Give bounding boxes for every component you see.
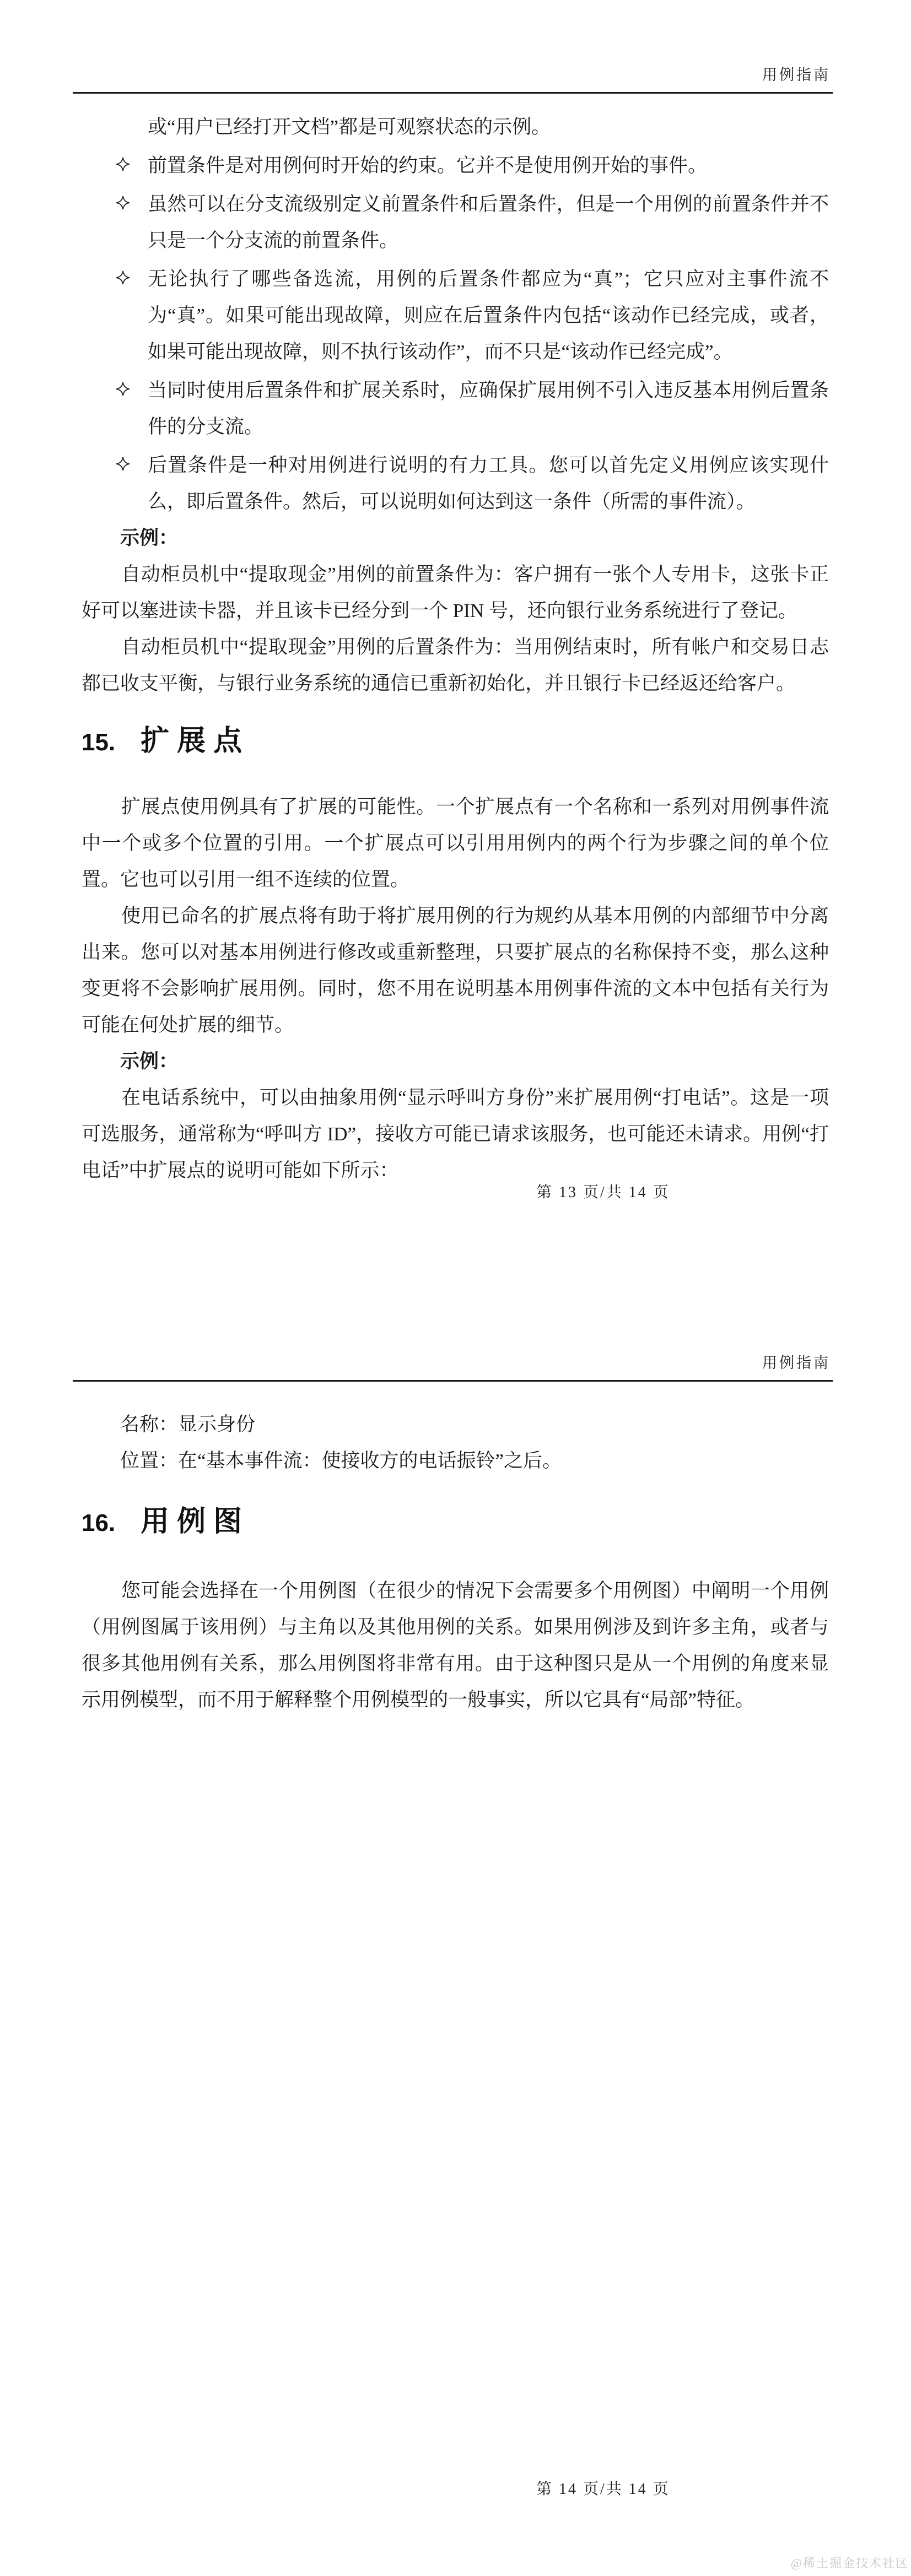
section-title: 扩展点 (141, 722, 250, 761)
four-pointed-star-bullet-icon (116, 270, 130, 288)
page14-footer-page-number: 第 14 页/共 14 页 (536, 2480, 670, 2499)
paragraph-continuation: 或“用户已经打开文档”都是可观察状态的示例。 (148, 109, 829, 145)
section-number: 15. (82, 723, 115, 762)
page14-content: 名称：显示身份 位置：在“基本事件流：使接收方的电话振铃”之后。 16. 用例图… (82, 1406, 829, 1718)
page14-header-rule (73, 1380, 833, 1382)
body-paragraph: 使用已命名的扩展点将有助于将扩展用例的行为规约从基本用例的内部细节中分离出来。您… (82, 898, 829, 1043)
four-pointed-star-bullet-icon (116, 457, 130, 474)
extension-point-position-line: 位置：在“基本事件流：使接收方的电话振铃”之后。 (120, 1443, 829, 1479)
page13-footer-page-number: 第 13 页/共 14 页 (536, 1183, 670, 1202)
extension-point-name-line: 名称：显示身份 (120, 1406, 829, 1443)
example-label: 示例： (120, 520, 829, 556)
bullet-item: 虽然可以在分支流级别定义前置条件和后置条件，但是一个用例的前置条件并不只是一个分… (82, 186, 829, 259)
bullet-item: 前置条件是对用例何时开始的约束。它并不是使用例开始的事件。 (82, 148, 829, 184)
watermark-text: @稀土掘金技术社区 (791, 2554, 909, 2571)
four-pointed-star-bullet-icon (116, 157, 130, 174)
bullet-text: 虽然可以在分支流级别定义前置条件和后置条件，但是一个用例的前置条件并不只是一个分… (148, 186, 829, 259)
example-paragraph: 自动柜员机中“提取现金”用例的前置条件为：客户拥有一张个人专用卡，这张卡正好可以… (82, 556, 829, 629)
bullet-text: 后置条件是一种对用例进行说明的有力工具。您可以首先定义用例应该实现什么，即后置条… (148, 447, 829, 520)
section-15-heading: 15. 扩展点 (82, 722, 829, 762)
bullet-text: 无论执行了哪些备选流，用例的后置条件都应为“真”；它只应对主事件流不为“真”。如… (148, 261, 829, 370)
example-paragraph: 在电话系统中，可以由抽象用例“显示呼叫方身份”来扩展用例“打电话”。这是一项可选… (82, 1080, 829, 1189)
body-paragraph: 您可能会选择在一个用例图（在很少的情况下会需要多个用例图）中阐明一个用例（用例图… (82, 1573, 829, 1718)
page13-content: 或“用户已经打开文档”都是可观察状态的示例。 前置条件是对用例何时开始的约束。它… (82, 109, 829, 1189)
page14-header-title: 用例指南 (762, 1351, 831, 1372)
bullet-item: 后置条件是一种对用例进行说明的有力工具。您可以首先定义用例应该实现什么，即后置条… (82, 447, 829, 520)
four-pointed-star-bullet-icon (116, 382, 130, 399)
document-canvas: 用例指南 或“用户已经打开文档”都是可观察状态的示例。 前置条件是对用例何时开始… (0, 0, 911, 2576)
section-number: 16. (82, 1503, 115, 1543)
section-title: 用例图 (141, 1502, 250, 1542)
body-paragraph: 扩展点使用例具有了扩展的可能性。一个扩展点有一个名称和一系列对用例事件流中一个或… (82, 789, 829, 898)
bullet-item: 当同时使用后置条件和扩展关系时，应确保扩展用例不引入违反基本用例后置条件的分支流… (82, 372, 829, 445)
bullet-item: 无论执行了哪些备选流，用例的后置条件都应为“真”；它只应对主事件流不为“真”。如… (82, 261, 829, 370)
bullet-text: 当同时使用后置条件和扩展关系时，应确保扩展用例不引入违反基本用例后置条件的分支流… (148, 372, 829, 445)
four-pointed-star-bullet-icon (116, 196, 130, 213)
section-16-heading: 16. 用例图 (82, 1502, 829, 1543)
bullet-text: 前置条件是对用例何时开始的约束。它并不是使用例开始的事件。 (148, 148, 829, 184)
example-label: 示例： (120, 1043, 829, 1080)
page13-header-rule (73, 92, 833, 94)
page13-header-title: 用例指南 (762, 63, 831, 84)
example-paragraph: 自动柜员机中“提取现金”用例的后置条件为：当用例结束时，所有帐户和交易日志都已收… (82, 629, 829, 702)
